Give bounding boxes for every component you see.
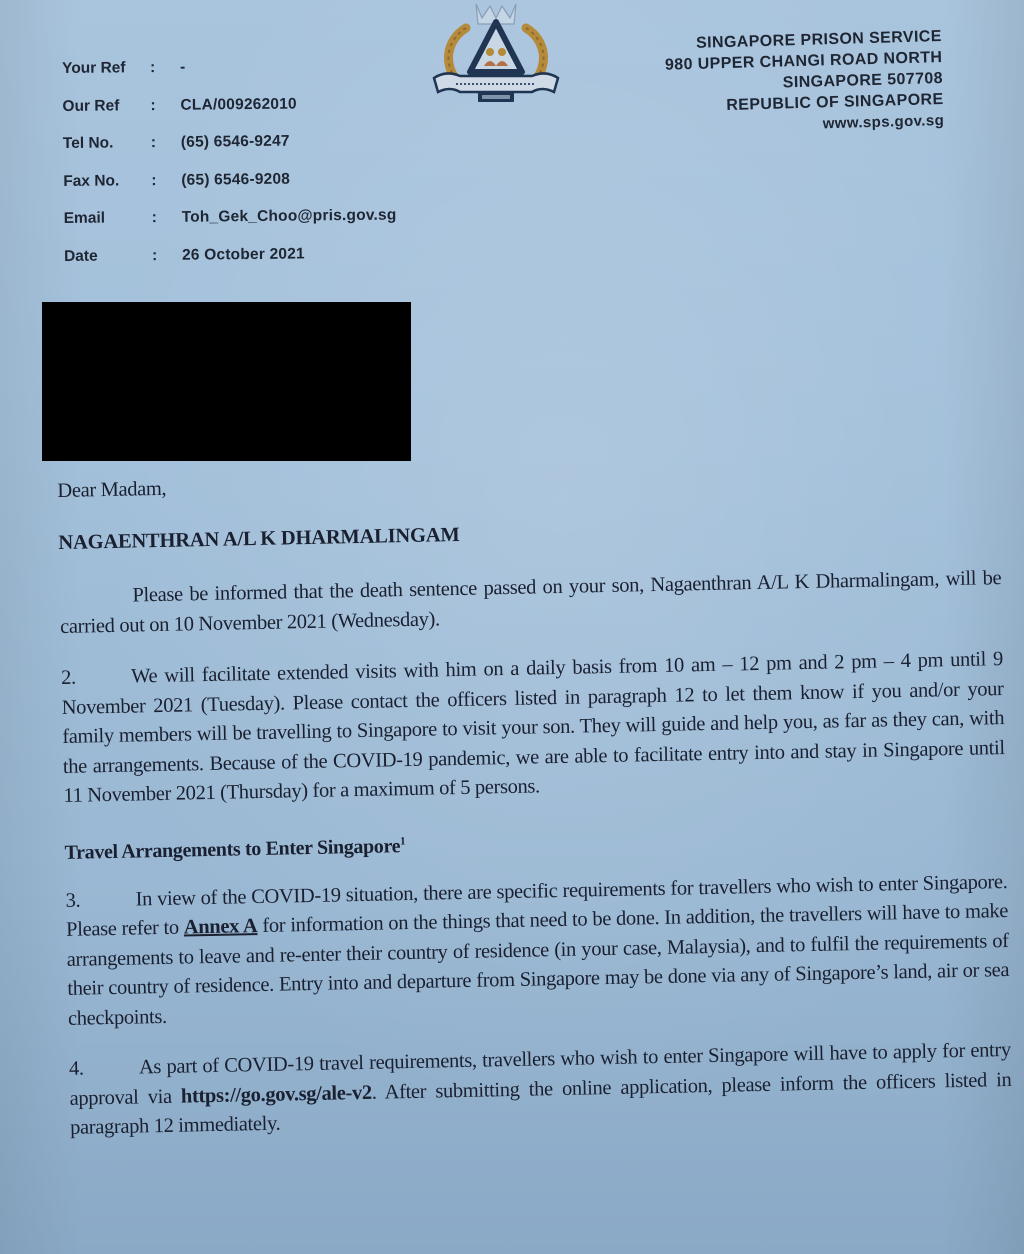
ref-row-tel: Tel No. : (65) 6546-9247 [63,132,396,173]
annex-a-link[interactable]: Annex A [184,915,258,938]
ref-value: (65) 6546-9208 [181,170,290,189]
ref-row-date: Date : 26 October 2021 [64,244,397,285]
ref-label: Email [64,209,152,228]
ref-label: Your Ref [62,59,150,78]
entry-approval-url[interactable]: https://go.gov.sg/ale-v2 [181,1081,372,1107]
paragraph-text: We will facilitate extended visits with … [62,648,1005,807]
section-heading-text: Travel Arrangements to Enter Singapore [64,835,400,864]
letter-subject: NAGAENTHRAN A/L K DHARMALINGAM [58,513,1000,555]
letter-body: Dear Madam, NAGAENTHRAN A/L K DHARMALING… [57,453,1012,1143]
ref-value: (65) 6546-9247 [181,133,290,152]
ref-colon: : [151,171,181,189]
paragraph-3: 3.In view of the COVID-19 situation, the… [65,868,1010,1034]
ref-colon: : [150,96,180,114]
paragraph-number: 3. [65,885,136,916]
ref-colon: : [152,246,182,264]
ref-row-fax: Fax No. : (65) 6546-9208 [63,169,396,210]
prison-service-crest-icon [426,0,566,108]
ref-value: - [180,59,186,77]
salutation: Dear Madam, [57,459,999,504]
ref-colon: : [151,134,181,152]
ref-row-email: Email : Toh_Gek_Choo@pris.gov.sg [64,207,397,248]
ref-label: Tel No. [63,134,151,153]
ref-label: Fax No. [63,172,151,191]
letter-page: Your Ref : - Our Ref : CLA/009262010 Tel… [0,0,1024,1254]
ref-row-your-ref: Your Ref : - [62,57,395,98]
ref-label: Date [64,247,152,266]
ref-value: 26 October 2021 [182,245,305,264]
paragraph-number: 4. [69,1053,140,1084]
ref-value: CLA/009262010 [180,95,297,114]
sender-address: SINGAPORE PRISON SERVICE 980 UPPER CHANG… [665,26,945,139]
redacted-recipient-address [42,302,411,461]
ref-colon: : [150,59,180,77]
section-heading-travel: Travel Arrangements to Enter Singapore1 [64,823,1006,865]
ref-label: Our Ref [62,97,150,116]
ref-row-our-ref: Our Ref : CLA/009262010 [62,94,395,135]
footnote-marker: 1 [400,835,405,847]
paragraph-1: Please be informed that the death senten… [59,564,1002,642]
paragraph-4: 4.As part of COVID-19 travel requirement… [69,1036,1013,1143]
paragraph-2: 2.We will facilitate extended visits wit… [61,645,1006,811]
ref-colon: : [152,209,182,227]
paragraph-number: 2. [61,663,132,694]
reference-block: Your Ref : - Our Ref : CLA/009262010 Tel… [62,57,397,285]
ref-value: Toh_Gek_Choo@pris.gov.sg [182,207,397,227]
